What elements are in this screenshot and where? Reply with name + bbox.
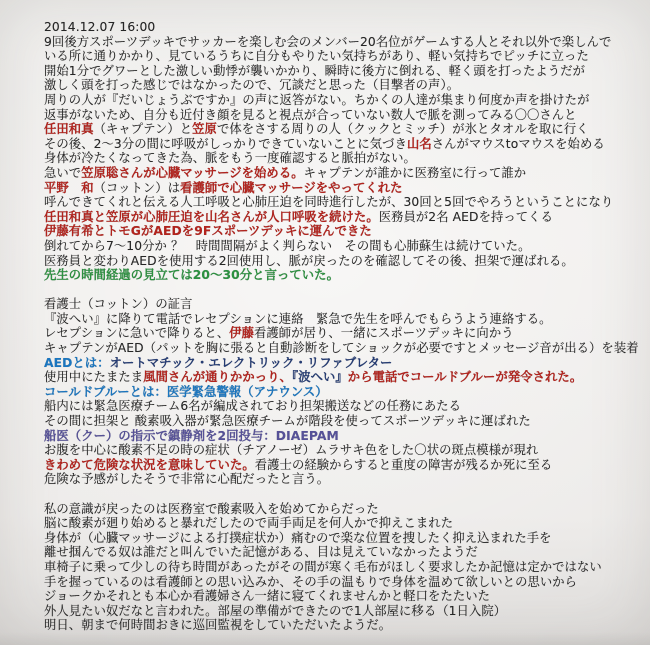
text-line: その後、2～3分の間に呼吸がしっかりできていないことに気づき山名さんがマウスto… xyxy=(44,137,644,152)
text-segment: 山名 xyxy=(407,137,432,151)
text-line: 返事がないため、自分も近付き顔を見ると視点が合っていない数人で脈を測ってみる〇〇… xyxy=(44,108,644,123)
text-segment: 身体が（心臓マッサージによる打撲症状か）痛むので楽な位置を捜したく抑え込まれた手… xyxy=(44,531,552,545)
text-segment: きわめて危険な状況を意味していた。 xyxy=(44,458,255,472)
text-segment: AEDとは： xyxy=(44,356,110,370)
text-line: その間に担架と 酸素吸入器が緊急医療チームが階段を使ってスポーツデッキに運ばれた xyxy=(44,414,644,429)
text-segment: 私の意識が戻ったのは医務室で酸素吸入を始めてからだった xyxy=(44,502,379,516)
text-line: 船内には緊急医療チーム6名が編成されており担架搬送などの任務にあたる xyxy=(44,399,644,414)
text-segment: 『波へい』に降りて電話でレセプションに連絡 緊急で先生を呼んでもらうよう連絡する… xyxy=(44,312,552,326)
text-line: 任田和真（キャプテン）と笠原で体をさする周りの人（クックとミッチ）が氷とタオルを… xyxy=(44,122,644,137)
text-line: 明日、朝まで何時間おきに巡回監視をしていただいたようだ。 xyxy=(44,618,644,633)
text-segment: レセプションに急いで降りると、 xyxy=(44,326,229,340)
text-segment: その後、2～3分の間に呼吸がしっかりできていないことに気づき xyxy=(44,137,407,151)
text-segment: 急いで xyxy=(44,166,81,180)
text-segment: 手を握っているのは看護師との思い込みか、その手の温もりで身体を温めて欲しいとの思… xyxy=(44,575,577,589)
text-line: レセプションに急いで降りると、伊藤看護師が居り、一緒にスポーツデッキに向かう xyxy=(44,326,644,341)
text-segment: 開始1分でグワーとした激しい動悸が襲いかかり、瞬時に後方に倒れる、軽く頭を打った… xyxy=(44,64,585,78)
text-segment: お腹を中心に酸素不足の時の症状（チアノーゼ）ムラサキ色をした〇状の斑点模様が現れ xyxy=(44,443,538,457)
text-segment: 看護師で心臓マッサージをやってくれた xyxy=(180,181,402,195)
text-segment: 医学緊急警報（アナウンス） xyxy=(167,385,328,399)
text-line: 脳に酸素が廻り始めると暴れだしたので両手両足を何人かで抑えこまれた xyxy=(44,516,644,531)
text-line: キャプテンがAED（パットを胸に張ると自動診断をしてショックが必要ですとメッセー… xyxy=(44,341,644,356)
text-segment: 呼んできてくれと伝える人工呼吸と心肺圧迫を同時進行したが、30回と5回でやろうと… xyxy=(44,195,613,209)
text-segment: 明日、朝まで何時間おきに巡回監視をしていただいたようだ。 xyxy=(44,618,391,632)
blank-line xyxy=(44,283,644,298)
text-line: きわめて危険な状況を意味していた。看護士の経験からすると重度の障害が残るか死に至… xyxy=(44,458,644,473)
text-segment: 危険な予感がしたそうで非常に心配だったと言う。 xyxy=(44,472,329,486)
text-segment: （コットン）は xyxy=(94,181,181,195)
document-page: 2014.12.07 16:009回後方スポーツデッキでサッカーを楽しむ会のメン… xyxy=(44,20,644,645)
text-segment: 風間さんが通りかかっり、 xyxy=(143,370,292,384)
text-segment: ジョークかそれとも本心か看護婦さん一緒に寝てくれませんかと軽口をたたいた xyxy=(44,589,490,603)
blank-line xyxy=(44,487,644,502)
text-segment: 『波へい』 xyxy=(292,370,348,384)
text-segment: 船医（クー）の指示で鎮静剤を2回投与：DIAEPAM xyxy=(44,429,339,443)
text-line: 外人見たい奴だなと言われた。部屋の準備ができたので1人部屋に移る（1日入院） xyxy=(44,604,644,619)
text-line: 船医（クー）の指示で鎮静剤を2回投与：DIAEPAM xyxy=(44,429,644,444)
text-segment: 笠原聡さんが心臓マッサージを始める。 xyxy=(81,166,303,180)
text-segment: コールドブルーとは： xyxy=(44,385,167,399)
text-line: お腹を中心に酸素不足の時の症状（チアノーゼ）ムラサキ色をした〇状の斑点模様が現れ xyxy=(44,443,644,458)
text-line: 倒れてから7～10分か ？ 時間間隔がよく判らない その間も心肺蘇生は続けていた… xyxy=(44,239,644,254)
text-segment: 伊藤 xyxy=(229,326,254,340)
text-segment: 倒れてから7～10分か ？ 時間間隔がよく判らない その間も心肺蘇生は続けていた… xyxy=(44,239,530,253)
text-line: 危険な予感がしたそうで非常に心配だったと言う。 xyxy=(44,472,644,487)
text-line: コールドブルーとは：医学緊急警報（アナウンス） xyxy=(44,385,644,400)
text-segment: 医務員と変わりAEDを使用する2回使用し、脈が戻ったのを確認してその後、担架で運… xyxy=(44,254,574,268)
text-line: 平野 和（コットン）は看護師で心臓マッサージをやってくれた xyxy=(44,181,644,196)
text-line: 急いで笠原聡さんが心臓マッサージを始める。キャプテンが誰かに医務室に行って誰か xyxy=(44,166,644,181)
text-segment: 伊藤有希とトモGがAEDを9Fスポーツデッキに運んできた xyxy=(44,224,372,238)
text-segment: オートマチック・エレクトリック・リファブレター xyxy=(110,356,393,370)
text-line: ジョークかそれとも本心か看護婦さん一緒に寝てくれませんかと軽口をたたいた xyxy=(44,589,644,604)
text-segment: 医務員が2名 AEDを持ってくる xyxy=(379,210,553,224)
text-line: 看護士（コットン）の証言 xyxy=(44,297,644,312)
text-line: 2014.12.07 16:00 xyxy=(44,20,644,35)
text-line: 使用中にたまたま風間さんが通りかかっり、『波へい』から電話でコールドブルーが発令… xyxy=(44,370,644,385)
text-segment: 笠原 xyxy=(192,122,217,136)
text-segment: 使用中にたまたま xyxy=(44,370,143,384)
text-segment: 返事がないため、自分も近付き顔を見ると視点が合っていない数人で脈を測ってみる〇〇… xyxy=(44,108,577,122)
text-segment: 車椅子に乗って少しの待ち時間があったがその間が寒く毛布がほしく要求したか記憶は定… xyxy=(44,560,602,574)
text-segment: 看護師が居り、一緒にスポーツデッキに向かう xyxy=(254,326,514,340)
document-photo: 2014.12.07 16:009回後方スポーツデッキでサッカーを楽しむ会のメン… xyxy=(0,0,650,645)
text-segment: 2014.12.07 16:00 xyxy=(44,20,155,34)
text-line: 呼んできてくれと伝える人工呼吸と心肺圧迫を同時進行したが、30回と5回でやろうと… xyxy=(44,195,644,210)
text-line: 先生の時間経過の見立ては20～30分と言っていた。 xyxy=(44,268,644,283)
text-segment: 先生の時間経過の見立ては20～30分と言っていた。 xyxy=(44,268,339,282)
text-line: 伊藤有希とトモGがAEDを9Fスポーツデッキに運んできた xyxy=(44,224,644,239)
text-segment: 身体が冷たくなってきた為、脈をもう一度確認すると脈拍がない。 xyxy=(44,151,416,165)
text-segment: 脳に酸素が廻り始めると暴れだしたので両手両足を何人かで抑えこまれた xyxy=(44,516,453,530)
text-line: AEDとは：オートマチック・エレクトリック・リファブレター xyxy=(44,356,644,371)
text-line: 身体が（心臓マッサージによる打撲症状か）痛むので楽な位置を捜したく抑え込まれた手… xyxy=(44,531,644,546)
text-segment: 看護士（コットン）の証言 xyxy=(44,297,193,311)
text-line: 私の意識が戻ったのは医務室で酸素吸入を始めてからだった xyxy=(44,502,644,517)
text-line: 激しく頭を打った感じではなかったので、冗談だと思った（目撃者の声）。 xyxy=(44,78,644,93)
text-line: 周りの人が『だいじょうぶですか』の声に返答がない。ちかくの人達が集まり何度か声を… xyxy=(44,93,644,108)
text-segment: で体をさする周りの人（クックとミッチ）が氷とタオルを取に行く xyxy=(217,122,589,136)
text-segment: キャプテンが誰かに医務室に行って誰か xyxy=(304,166,527,180)
text-line: 任田和真と笠原が心肺圧迫を山名さんが人口呼吸を続けた。医務員が2名 AEDを持っ… xyxy=(44,210,644,225)
text-segment: （キャプテン）と xyxy=(94,122,193,136)
text-segment: 平野 和 xyxy=(44,181,94,195)
text-segment: から電話でコールドブルーが発令された。 xyxy=(348,370,582,384)
text-segment: 任田和真と笠原が心肺圧迫を山名さんが人口呼吸を続けた。 xyxy=(44,210,379,224)
text-line: 身体が冷たくなってきた為、脈をもう一度確認すると脈拍がない。 xyxy=(44,151,644,166)
text-line: 手を握っているのは看護師との思い込みか、その手の温もりで身体を温めて欲しいとの思… xyxy=(44,575,644,590)
text-segment: 外人見たい奴だなと言われた。部屋の準備ができたので1人部屋に移る（1日入院） xyxy=(44,604,506,618)
text-segment: 看護士の経験からすると重度の障害が残るか死に至る xyxy=(255,458,553,472)
text-segment: 離せ掴んでる奴は誰だと叫んでいた記憶がある、目は見えていなかったようだ xyxy=(44,545,478,559)
text-segment: その間に担架と 酸素吸入器が緊急医療チームが階段を使ってスポーツデッキに運ばれた xyxy=(44,414,531,428)
text-segment: 船内には緊急医療チーム6名が編成されており担架搬送などの任務にあたる xyxy=(44,399,461,413)
text-line: 『波へい』に降りて電話でレセプションに連絡 緊急で先生を呼んでもらうよう連絡する… xyxy=(44,312,644,327)
text-line: 9回後方スポーツデッキでサッカーを楽しむ会のメンバー20名位がゲームする人とそれ… xyxy=(44,35,644,50)
text-line: 離せ掴んでる奴は誰だと叫んでいた記憶がある、目は見えていなかったようだ xyxy=(44,545,644,560)
text-segment: 周りの人が『だいじょうぶですか』の声に返答がない。ちかくの人達が集まり何度か声を… xyxy=(44,93,589,107)
text-segment: 激しく頭を打った感じではなかったので、冗談だと思った（目撃者の声）。 xyxy=(44,78,459,92)
text-segment: さんがマウスtoマウスを始める xyxy=(432,137,605,151)
text-segment: 任田和真 xyxy=(44,122,94,136)
text-segment: いる所に通りかかり、見ているうちに自分もやりたい気持ちがあり、軽い気持ちでピッチ… xyxy=(44,49,589,63)
text-line: 医務員と変わりAEDを使用する2回使用し、脈が戻ったのを確認してその後、担架で運… xyxy=(44,254,644,269)
text-segment: 9回後方スポーツデッキでサッカーを楽しむ会のメンバー20名位がゲームする人とそれ… xyxy=(44,35,611,49)
text-line: いる所に通りかかり、見ているうちに自分もやりたい気持ちがあり、軽い気持ちでピッチ… xyxy=(44,49,644,64)
text-segment: キャプテンがAED（パットを胸に張ると自動診断をしてショックが必要ですとメッセー… xyxy=(44,341,639,355)
text-line: 車椅子に乗って少しの待ち時間があったがその間が寒く毛布がほしく要求したか記憶は定… xyxy=(44,560,644,575)
text-line: 開始1分でグワーとした激しい動悸が襲いかかり、瞬時に後方に倒れる、軽く頭を打った… xyxy=(44,64,644,79)
